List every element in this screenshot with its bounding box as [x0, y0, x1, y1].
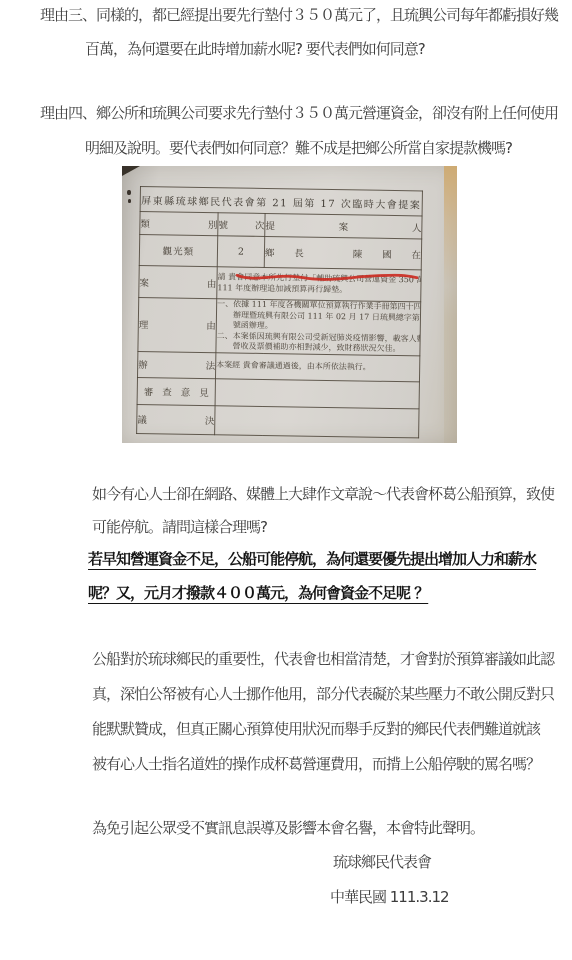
form-value-proposer: 鄉長 陳國在 [264, 236, 421, 269]
form-header-number: 號次 [218, 213, 265, 237]
paragraph-importance-line4: 被有心人士指名道姓的操作成杯葛營運費用，而揹上公船停駛的罵名嗎？ [92, 755, 540, 774]
scanned-proposal-photo: 屏東縣琉球鄉民代表會第 21 屆第 17 次臨時大會提案 類別 號次 提案人 觀… [122, 166, 457, 443]
form-method-content: 本案經 貴會審議通過後，由本所依法執行。 [215, 352, 419, 381]
form-label-method: 辦法 [137, 351, 215, 378]
highlight-question-line2: 呢？又，元月才撥款４００萬元，為何會資金不足呢 ？ [88, 584, 428, 603]
paper-speck [128, 199, 131, 203]
paragraph-importance-line3: 能默默贊成，但真正關心預算使用狀況而舉手反對的鄉民代表們難道就該 [92, 720, 540, 739]
form-review-content [215, 378, 419, 408]
paragraph-reason3-line2: 百萬，為何還要在此時增加薪水呢? 要代表們如何同意? [85, 40, 425, 59]
form-header-category: 類別 [140, 212, 218, 236]
photo-background-edge [444, 166, 457, 443]
signature: 琉球鄉民代表會 [333, 853, 431, 872]
form-label-resolution: 議決 [137, 404, 215, 434]
highlight-question-line1: 若早知營運資金不足，公船可能停航，為何還要優先提出增加人力和薪水 [88, 550, 536, 569]
form-value-number: 2 [217, 236, 264, 268]
form-reason-content: 一、依據 111 年度各機關單位預算執行作業手冊第四十四點(六) 辦理暨琉興有限… [216, 299, 421, 356]
form-resolution-content [215, 405, 419, 437]
red-marker-underline-path [237, 272, 417, 281]
paragraph-reason4-line2: 明細及說明。要代表們如何同意？難不成是把鄉公所當自家提款機嗎? [85, 139, 512, 158]
paragraph-media-line1: 如今有心人士卻在網路、媒體上大肆作文章說～代表會杯葛公船預算，致使 [92, 485, 554, 504]
paragraph-importance-line2: 真，深怕公帑被有心人士挪作他用，部分代表礙於某些壓力不敢公開反對只 [92, 685, 554, 704]
form-header-proposer: 提案人 [265, 213, 422, 238]
photo-dark-corner [122, 166, 140, 176]
red-marker-underline [234, 267, 420, 289]
proposal-form-table: 屏東縣琉球鄉民代表會第 21 屆第 17 次臨時大會提案 類別 號次 提案人 觀… [136, 186, 423, 438]
form-label-review: 審查意見 [137, 377, 215, 405]
paragraph-media-line2: 可能停航。請問這樣合理嗎? [92, 518, 267, 537]
document-page: 理由三、同樣的，都已經提出要先行墊付３５０萬元了，且琉興公司每年都虧損好幾 百萬… [0, 0, 572, 960]
form-value-category: 觀光類 [139, 235, 217, 267]
paragraph-importance-line1: 公船對於琉球鄉民的重要性，代表會也相當清楚，才會對於預算審議如此認 [92, 650, 554, 669]
paper-speck [127, 190, 131, 195]
paragraph-reason4-line1: 理由四、鄉公所和琉興公司要求先行墊付３５０萬元營運資金，卻沒有附上任何使用 [40, 104, 558, 123]
form-label-reason: 理由 [138, 297, 217, 352]
form-label-subject: 案由 [139, 265, 217, 298]
paragraph-reason3-line1: 理由三、同樣的，都已經提出要先行墊付３５０萬元了，且琉興公司每年都虧損好幾 [40, 6, 558, 25]
closing-statement: 為免引起公眾受不實訊息誤導及影響本會名譽，本會特此聲明。 [92, 819, 484, 838]
date: 中華民國 111.3.12 [330, 888, 449, 907]
